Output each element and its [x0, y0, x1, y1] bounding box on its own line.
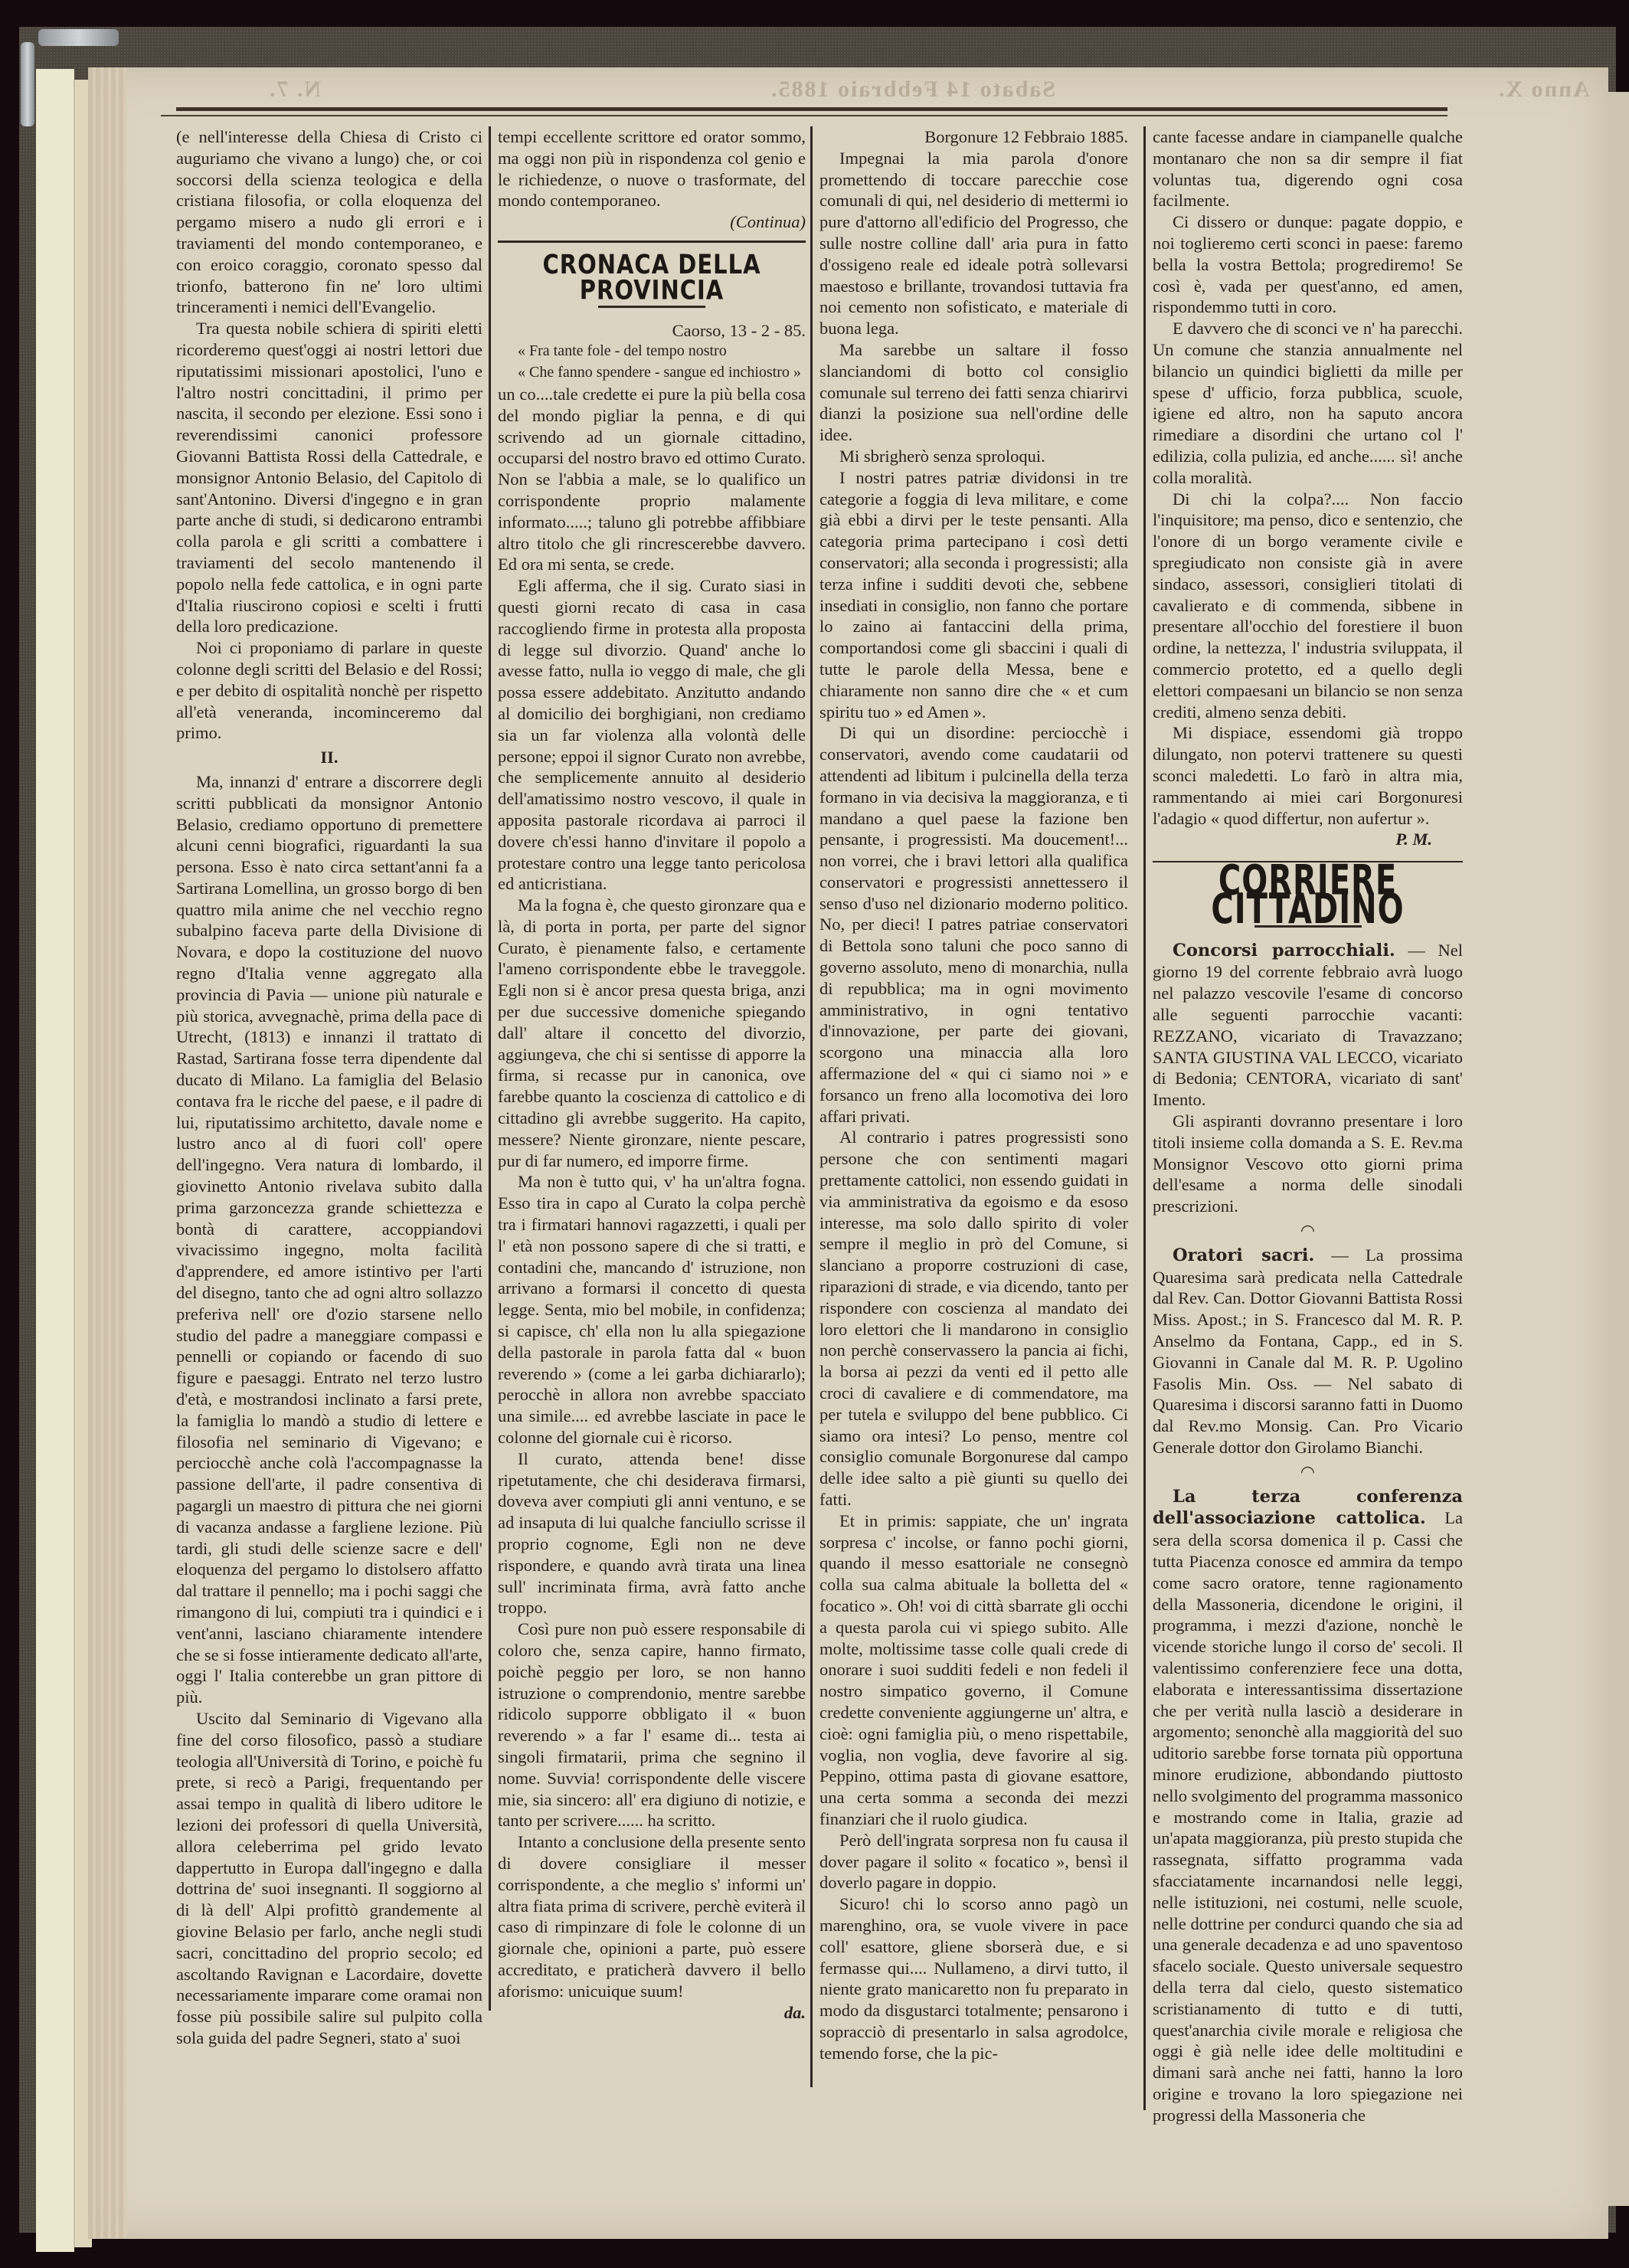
news-text: La sera della scorsa domenica il p. Cass…: [1153, 1508, 1463, 2124]
column-3: Borgonure 12 Febbraio 1885. Impegnai la …: [819, 126, 1128, 2064]
paragraph: Ma la fogna è, che questo gironzare qua …: [498, 895, 806, 1171]
column-2: tempi eccellente scrittore ed orator som…: [498, 126, 806, 2023]
dateline: Caorso, 13 - 2 - 85.: [498, 320, 806, 342]
item-separator-ornament: ◠: [1153, 1220, 1463, 1242]
paragraph: Di qui un disordine: perciocchè i conser…: [819, 722, 1128, 1127]
paragraph: Così pure non può essere responsabile di…: [498, 1618, 806, 1831]
news-text: — La prossima Quaresima sarà predicata n…: [1153, 1245, 1463, 1457]
header-rule: [176, 107, 1447, 111]
paragraph: Noi ci proponiamo di parlare in queste c…: [176, 637, 482, 744]
news-text: — Nel giorno 19 del corrente febbraio av…: [1153, 941, 1463, 1110]
paragraph: Il curato, attenda bene! disse ripetutam…: [498, 1448, 806, 1618]
header-rule-thin: [161, 115, 1447, 116]
corner-clip-top: [38, 29, 119, 46]
runin-heading: Concorsi parrocchiali.: [1173, 941, 1395, 961]
column-1: (e nell'interesse della Chiesa di Cristo…: [176, 126, 482, 2049]
item-separator-ornament: ◠: [1153, 1461, 1463, 1483]
column-divider: [1143, 126, 1146, 2110]
verse-line: « Fra tante fole - del tempo nostro: [498, 341, 806, 362]
paragraph: cante facesse andare in ciampanelle qual…: [1153, 126, 1463, 211]
paragraph: Al contrario i patres progressisti sono …: [819, 1127, 1128, 1510]
verse-line: « Che fanno spendere - sangue ed inchios…: [498, 362, 806, 384]
column-divider: [489, 126, 491, 2011]
paragraph: (e nell'interesse della Chiesa di Cristo…: [176, 126, 482, 318]
news-item-concorsi: Concorsi parrocchiali. — Nel giorno 19 d…: [1153, 940, 1463, 1111]
paragraph: Gli aspiranti dovranno presentare i loro…: [1153, 1111, 1463, 1217]
mount-strip: [36, 69, 74, 2252]
runin-heading: La terza conferenza dell'associazione ca…: [1153, 1487, 1463, 1529]
paragraph: Ci dissero or dunque: pagate doppio, e n…: [1153, 211, 1463, 318]
paragraph: Tra questa nobile schiera di spiriti ele…: [176, 318, 482, 637]
section-title-cronaca: CRONACA DELLA PROVINCIA: [498, 252, 806, 303]
stacked-page-edges: [88, 67, 126, 2239]
news-item-oratori: Oratori sacri. — La prossima Quaresima s…: [1153, 1245, 1463, 1458]
paragraph: I nostri patres patriæ dividonsi in tre …: [819, 467, 1128, 723]
paragraph: Ma non è tutto qui, v' ha un'altra fogna…: [498, 1171, 806, 1448]
running-head-number: N. 7.: [268, 77, 321, 103]
column-4: cante facesse andare in ciampanelle qual…: [1153, 126, 1463, 2126]
paragraph: Egli afferma, che il sig. Curato siasi i…: [498, 575, 806, 895]
paragraph: Ma, innanzi d' entrare a discorrere degl…: [176, 771, 482, 1708]
title-underline: [598, 306, 705, 308]
paragraph: E davvero che di sconci ve n' ha parecch…: [1153, 318, 1463, 488]
paragraph: Intanto a conclusione della presente sen…: [498, 1831, 806, 2001]
paragraph: Mi dispiace, essendomi già troppo dilung…: [1153, 722, 1463, 829]
paragraph: Uscito dal Seminario di Vigevano alla fi…: [176, 1708, 482, 2049]
paragraph: Et in primis: sappiate, che un' ingrata …: [819, 1510, 1128, 1830]
paragraph: un co....tale credette ei pure la più be…: [498, 384, 806, 575]
dateline: Borgonure 12 Febbraio 1885.: [819, 126, 1128, 148]
paragraph: Però dell'ingrata sorpresa non fu causa …: [819, 1830, 1128, 1893]
corner-clip-left: [21, 42, 34, 126]
running-head-year: Anno X.: [1497, 77, 1590, 103]
section-rule: [498, 241, 806, 243]
paragraph: tempi eccellente scrittore ed orator som…: [498, 126, 806, 211]
section-title-corriere: CORRIERE CITTADINO: [1153, 867, 1463, 925]
paragraph: Ma sarebbe un saltare il fosso slanciand…: [819, 339, 1128, 446]
continua-note: (Continua): [498, 211, 806, 233]
paragraph: Sicuro! chi lo scorso anno pagò un maren…: [819, 1893, 1128, 2063]
paragraph: Impegnai la mia parola d'onore prometten…: [819, 148, 1128, 339]
paragraph: Mi sbrigherò senza sproloqui.: [819, 446, 1128, 467]
runin-heading: Oratori sacri.: [1173, 1245, 1314, 1265]
paragraph: Di chi la colpa?.... Non faccio l'inquis…: [1153, 489, 1463, 723]
signature: da.: [498, 2002, 806, 2024]
signature: P. M.: [1153, 829, 1463, 850]
news-item-conferenza: La terza conferenza dell'associazione ca…: [1153, 1486, 1463, 2126]
running-head-date: Sabato 14 Febbraio 1885.: [770, 77, 1055, 103]
column-divider: [810, 126, 813, 2087]
section-number: II.: [176, 747, 482, 768]
